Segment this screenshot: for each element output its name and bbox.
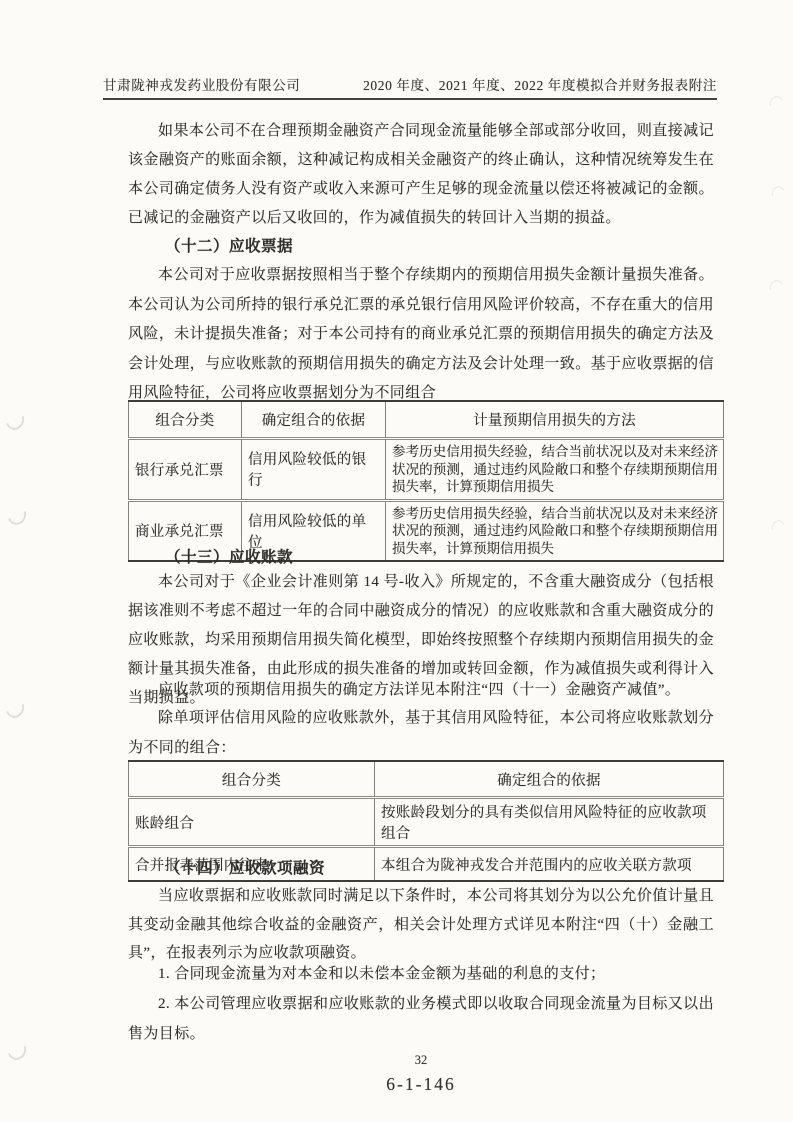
table-cell-category: 银行承兑汇票: [129, 439, 242, 501]
table-row: 银行承兑汇票 信用风险较低的银行 参考历史信用损失经验，结合当前状况以及对未来经…: [129, 439, 724, 501]
table-cell-basis: 信用风险较低的银行: [242, 439, 386, 501]
page-header: 甘肃陇神戎发药业股份有限公司 2020 年度、2021 年度、2022 年度模拟…: [103, 74, 717, 100]
report-title: 2020 年度、2021 年度、2022 年度模拟合并财务报表附注: [363, 74, 717, 94]
paragraph-receivables-financing-policy: 当应收票据和应收账款同时满足以下条件时，本公司将其划分为以公允价值计量且其变动金…: [128, 882, 714, 968]
table-header-cell: 组合分类: [129, 761, 375, 798]
scan-artifact: [768, 278, 785, 296]
paragraph-writeoff-policy: 如果本公司不在合理预期金融资产合同现金流量能够全部或部分收回，则直接减记该金融资…: [128, 117, 714, 233]
scan-artifact: [5, 1037, 30, 1063]
table-header-row: 组合分类 确定组合的依据: [129, 761, 724, 798]
scan-artifact: [3, 695, 28, 721]
table-body: 银行承兑汇票 信用风险较低的银行 参考历史信用损失经验，结合当前状况以及对未来经…: [129, 439, 724, 562]
table-header-cell: 组合分类: [129, 401, 242, 439]
section-heading-notes-receivable: （十二）应收票据: [128, 234, 714, 256]
table-cell-basis: 按账龄段划分的具有类似信用风险特征的应收款项组合: [375, 798, 724, 847]
scan-artifact: [5, 502, 30, 528]
scan-artifact: [768, 94, 785, 112]
section-heading-accounts-receivable: （十三）应收账款: [128, 545, 714, 567]
page-number: 32: [128, 1053, 714, 1068]
scan-artifact: [3, 407, 28, 433]
section-heading-receivables-financing: （十四）应收款项融资: [128, 856, 714, 878]
table-row: 账龄组合 按账龄段划分的具有类似信用风险特征的应收款项组合: [129, 798, 724, 847]
doc-code: 6-1-146: [128, 1074, 714, 1095]
table-cell-method: 参考历史信用损失经验，结合当前状况以及对未来经济状况的预测，通过违约风险敞口和整…: [386, 439, 724, 501]
document-page: 甘肃陇神戎发药业股份有限公司 2020 年度、2021 年度、2022 年度模拟…: [0, 0, 793, 1122]
table-header-row: 组合分类 确定组合的依据 计量预期信用损失的方法: [129, 401, 724, 439]
table-head: 组合分类 确定组合的依据: [129, 761, 724, 798]
condition-item-2: 2. 本公司管理应收票据和应收账款的业务模式即以收取合同现金流量为目标又以出售为…: [128, 989, 714, 1049]
condition-item-1: 1. 合同现金流量为对本金和以未偿本金金额为基础的利息的支付；: [128, 959, 714, 989]
paragraph-notes-receivable-policy: 本公司对于应收票据按照相当于整个存续期内的预期信用损失金额计量损失准备。本公司认…: [128, 261, 714, 409]
table-header-cell: 计量预期信用损失的方法: [386, 401, 724, 439]
bill-portfolio-table: 组合分类 确定组合的依据 计量预期信用损失的方法 银行承兑汇票 信用风险较低的银…: [128, 400, 724, 562]
table-cell-category: 账龄组合: [129, 798, 375, 847]
table-header-cell: 确定组合的依据: [242, 401, 386, 439]
paragraph-ecl-reference: 应收款项的预期信用损失的确定方法详见本附注“四（十一）金融资产减值”。: [128, 675, 714, 705]
table-head: 组合分类 确定组合的依据 计量预期信用损失的方法: [129, 401, 724, 439]
table-header-cell: 确定组合的依据: [375, 761, 724, 798]
company-name: 甘肃陇神戎发药业股份有限公司: [103, 74, 300, 94]
paragraph-grouping-intro: 除单项评估信用风险的应收账款外，基于其信用风险特征，本公司将应收账款划分为不同的…: [128, 703, 714, 763]
scan-artifact: [770, 518, 787, 536]
scan-artifact: [770, 184, 787, 202]
